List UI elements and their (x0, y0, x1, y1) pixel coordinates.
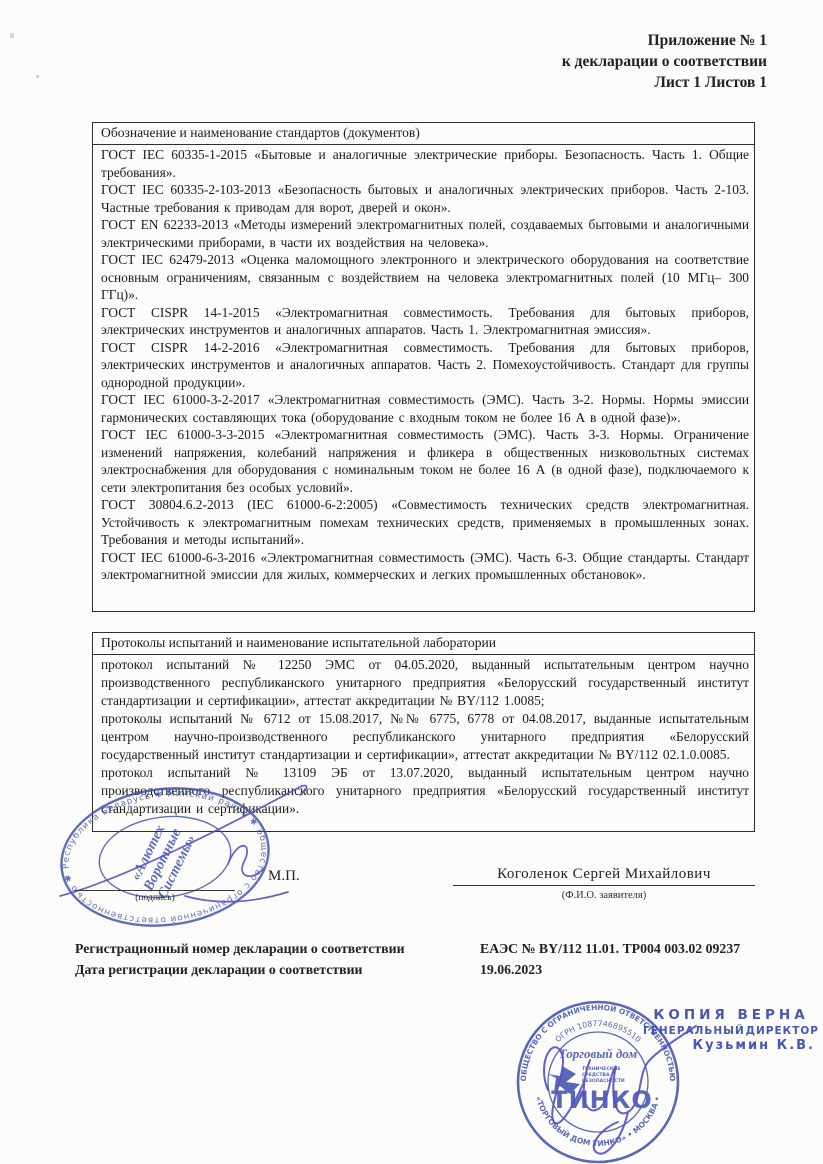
standard-item: ГОСТ IEC 60335-1-2015 «Бытовые и аналоги… (101, 146, 749, 181)
standards-table-title: Обозначение и наименование стандартов (д… (93, 123, 754, 145)
svg-text:СРЕДСТВА: СРЕДСТВА (582, 1072, 610, 1078)
registration-values: ЕАЭС № BY/112 11.01. ТР004 003.02 09237 … (480, 938, 740, 980)
protocols-table-body: протокол испытаний № 12250 ЭМС от 04.05.… (93, 655, 754, 822)
tinko-ring-bottom-text: «ТОРГОВЫЙ ДОМ ТИНКО» • МОСКВА • (534, 1095, 662, 1148)
scanned-declaration-page: { "header": { "line1": "Приложение № 1",… (0, 0, 823, 1164)
standards-table-body: ГОСТ IEC 60335-1-2015 «Бытовые и аналоги… (93, 145, 754, 588)
standard-item: ГОСТ CISPR 14-1-2015 «Электромагнитная с… (101, 304, 749, 339)
registration-date-value: 19.06.2023 (480, 959, 740, 980)
standard-item: ГОСТ IEC 61000-3-3-2015 «Электромагнитна… (101, 426, 749, 496)
document-header: Приложение № 1 к декларации о соответств… (562, 30, 767, 93)
signature-line (75, 890, 235, 891)
tinko-logo-star-icon (548, 1066, 580, 1094)
standard-item: ГОСТ 30804.6.2-2013 (IEC 61000-6-2:2005)… (101, 496, 749, 549)
protocols-table-title: Протоколы испытаний и наименование испыт… (93, 633, 754, 655)
tinko-script-text: Торговый дом (559, 1046, 638, 1061)
registration-number-value: ЕАЭС № BY/112 11.01. ТР004 003.02 09237 (480, 938, 740, 959)
protocol-item: протоколы испытаний № 6712 от 15.08.2017… (101, 710, 749, 764)
standard-item: ГОСТ IEC 61000-6-3-2016 «Электромагнитна… (101, 549, 749, 584)
standard-item: ГОСТ IEC 60335-2-103-2013 «Безопасность … (101, 181, 749, 216)
standards-table: Обозначение и наименование стандартов (д… (92, 122, 755, 612)
standard-item: ГОСТ CISPR 14-2-2016 «Электромагнитная с… (101, 339, 749, 392)
protocol-item: протокол испытаний № 12250 ЭМС от 04.05.… (101, 656, 749, 710)
director-word-general: ГЕНЕРАЛЬНЫЙ (643, 1025, 745, 1037)
mp-seal-label: М.П. (268, 868, 300, 885)
scan-speck (36, 75, 39, 78)
header-appendix-line: Приложение № 1 (562, 30, 767, 51)
tinko-caption: ТЕХНИЧЕСКИЕ СРЕДСТВА БЕЗОПАСНОСТИ (582, 1066, 625, 1084)
copy-verna-line: КОПИЯ ВЕРНА (643, 1007, 819, 1023)
tinko-inner-ring (548, 1032, 648, 1132)
director-name: Кузьмин К.В. (643, 1038, 819, 1053)
protocol-item: протокол испытаний № 13109 ЭБ от 13.07.2… (101, 764, 749, 818)
copy-verna-stamp: КОПИЯ ВЕРНА ГЕНЕРАЛЬНЫЙ ДИРЕКТОР Кузьмин… (643, 1007, 819, 1053)
standard-item: ГОСТ IEC 62479-2013 «Оценка маломощного … (101, 251, 749, 304)
tinko-ogrn-text: ОГРН 1087746895510 (553, 1019, 642, 1044)
svg-text:Воротные: Воротные (140, 826, 185, 895)
svg-text:БЕЗОПАСНОСТИ: БЕЗОПАСНОСТИ (582, 1078, 625, 1084)
applicant-name: Коголенок Сергей Михайлович (453, 866, 755, 886)
applicant-name-caption: (Ф.И.О. заявителя) (453, 890, 755, 901)
scan-speck (10, 33, 14, 38)
director-line: ГЕНЕРАЛЬНЫЙ ДИРЕКТОР (643, 1025, 819, 1037)
registration-number-label: Регистрационный номер декларации о соотв… (75, 938, 405, 959)
svg-text:ТЕХНИЧЕСКИЕ: ТЕХНИЧЕСКИЕ (582, 1066, 620, 1072)
registration-date-label: Дата регистрации декларации о соответств… (75, 959, 405, 980)
header-sheet-line: Лист 1 Листов 1 (562, 72, 767, 93)
signature-caption: (подпись) (75, 893, 235, 903)
standard-item: ГОСТ EN 62233-2013 «Методы измерений эле… (101, 216, 749, 251)
protocols-table: Протоколы испытаний и наименование испыт… (92, 632, 755, 832)
header-declaration-line: к декларации о соответствии (562, 51, 767, 72)
registration-labels: Регистрационный номер декларации о соотв… (75, 938, 405, 980)
tinko-logo-text: ТИНКО (551, 1086, 653, 1114)
director-word-director: ДИРЕКТОР (746, 1025, 819, 1037)
standard-item: ГОСТ IEC 61000-3-2-2017 «Электромагнитна… (101, 391, 749, 426)
